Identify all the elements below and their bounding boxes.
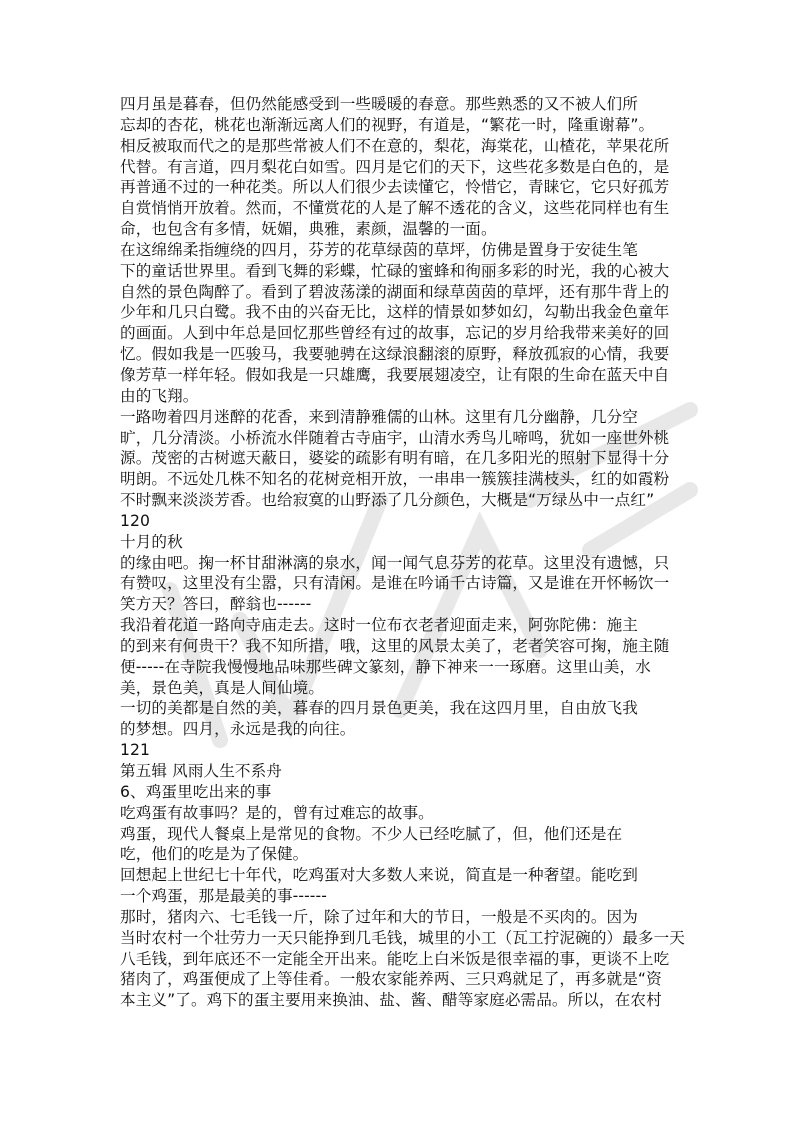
text-line: 在这绵绵柔指缠绕的四月，芬芳的花草绿茵的草坪，仿佛是置身于安徒生笔 [120, 240, 700, 261]
text-line: 我沿着花道一路向寺庙走去。这时一位布衣老者迎面走来，阿弥陀佛：施主 [120, 615, 700, 636]
text-line: 命，也包含有多情，妩媚，典雅，素颜，温馨的一面。 [120, 219, 700, 240]
text-line: 当时农村一个壮劳力一天只能挣到几毛钱，城里的小工（瓦工拧泥碗的）最多一天 [120, 928, 700, 949]
text-line: 回想起上世纪七十年代，吃鸡蛋对大多数人来说，简直是一种奢望。能吃到 [120, 865, 700, 886]
text-line: 旷，几分清淡。小桥流水伴随着古寺庙宇，山清水秀鸟儿啼鸣，犹如一座世外桃 [120, 428, 700, 449]
text-line: 下的童话世界里。看到飞舞的彩蝶，忙碌的蜜蜂和徇丽多彩的时光，我的心被大 [120, 261, 700, 282]
text-line: 一个鸡蛋，那是最美的事------ [120, 886, 700, 907]
text-line: 由的飞翔。 [120, 386, 700, 407]
text-line: 鸡蛋，现代人餐桌上是常见的食物。不少人已经吃腻了，但，他们还是在 [120, 824, 700, 845]
document-page: 四月虽是暮春，但仍然能感受到一些暖暖的春意。那些熟悉的又不被人们所 忘却的杏花，… [0, 0, 793, 1122]
running-header: 十月的秋 [120, 532, 700, 553]
text-line: 便-----在寺院我慢慢地品味那些碑文篆刻，静下神来一一琢磨。这里山美，水 [120, 657, 700, 678]
text-line: 的缘由吧。掬一杯甘甜淋漓的泉水，闻一闻气息芬芳的花草。这里没有遗憾，只 [120, 553, 700, 574]
text-line: 有赞叹，这里没有尘嚣，只有清闲。是谁在吟诵千古诗篇，又是谁在开怀畅饮一 [120, 573, 700, 594]
text-line: 一路吻着四月迷醉的花香，来到清静雅儒的山林。这里有几分幽静，几分空 [120, 407, 700, 428]
chapter-heading: 第五辑 风雨人生不系舟 [120, 761, 700, 782]
text-line: 相反被取而代之的是那些常被人们不在意的，梨花，海棠花，山楂花，苹果花所 [120, 136, 700, 157]
text-line: 笑方天？答曰，醉翁也------ [120, 594, 700, 615]
text-line: 再普通不过的一种花类。所以人们很少去读懂它，怜惜它，青睐它，它只好孤芳 [120, 177, 700, 198]
text-line: 不时飘来淡淡芳香。也给寂寞的山野添了几分颜色，大概是“万绿丛中一点红” [120, 490, 700, 511]
text-line: 代替。有言道，四月梨花白如雪。四月是它们的天下，这些花多数是白色的，是 [120, 157, 700, 178]
text-line: 一切的美都是自然的美，暮春的四月景色更美，我在这四月里，自由放飞我 [120, 698, 700, 719]
text-line: 少年和几只白鹭。我不由的兴奋无比，这样的情景如梦如幻，勾勒出我金色童年 [120, 302, 700, 323]
text-line: 的梦想。四月，永远是我的向往。 [120, 719, 700, 740]
text-line: 猪肉了，鸡蛋便成了上等佳肴。一般农家能养两、三只鸡就足了，再多就是“资 [120, 969, 700, 990]
page-number: 120 [120, 511, 700, 532]
text-line: 忆。假如我是一匹骏马，我要驰骋在这绿浪翻滚的原野，释放孤寂的心情，我要 [120, 344, 700, 365]
page-number: 121 [120, 740, 700, 761]
text-line: 吃鸡蛋有故事吗？是的，曾有过难忘的故事。 [120, 803, 700, 824]
text-line: 本主义”了。鸡下的蛋主要用来换油、盐、酱、醋等家庭必需品。所以，在农村 [120, 990, 700, 1011]
text-line: 源。茂密的古树遮天蔽日，婆娑的疏影有明有暗，在几多阳光的照射下显得十分 [120, 448, 700, 469]
text-line: 那时，猪肉六、七毛钱一斤，除了过年和大的节日，一般是不买肉的。因为 [120, 907, 700, 928]
text-line: 明朗。不远处几株不知名的花树竞相开放，一串串一簇簇挂满枝头，红的如霞粉 [120, 469, 700, 490]
text-line: 的到来有何贵干？我不知所措，哦，这里的风景太美了，老者笑容可掬，施主随 [120, 636, 700, 657]
text-line: 像芳草一样年轻。假如我是一只雄鹰，我要展翅凌空，让有限的生命在蓝天中自 [120, 365, 700, 386]
text-line: 八毛钱，到年底还不一定能全开出来。能吃上白米饭是很幸福的事，更谈不上吃 [120, 949, 700, 970]
document-body: 四月虽是暮春，但仍然能感受到一些暖暖的春意。那些熟悉的又不被人们所 忘却的杏花，… [120, 94, 700, 1011]
text-line: 自赏悄悄开放着。然而，不懂赏花的人是了解不透花的含义，这些花同样也有生 [120, 198, 700, 219]
text-line: 忘却的杏花，桃花也渐渐远离人们的视野，有道是，“繁花一时，隆重谢幕”。 [120, 115, 700, 136]
text-line: 吃，他们的吃是为了保健。 [120, 844, 700, 865]
text-line: 的画面。人到中年总是回忆那些曾经有过的故事，忘记的岁月给我带来美好的回 [120, 323, 700, 344]
text-line: 四月虽是暮春，但仍然能感受到一些暖暖的春意。那些熟悉的又不被人们所 [120, 94, 700, 115]
text-line: 自然的景色陶醉了。看到了碧波荡漾的湖面和绿草茵茵的草坪，还有那牛背上的 [120, 282, 700, 303]
text-line: 美，景色美，真是人间仙境。 [120, 678, 700, 699]
section-title: 6、鸡蛋里吃出来的事 [120, 782, 700, 803]
